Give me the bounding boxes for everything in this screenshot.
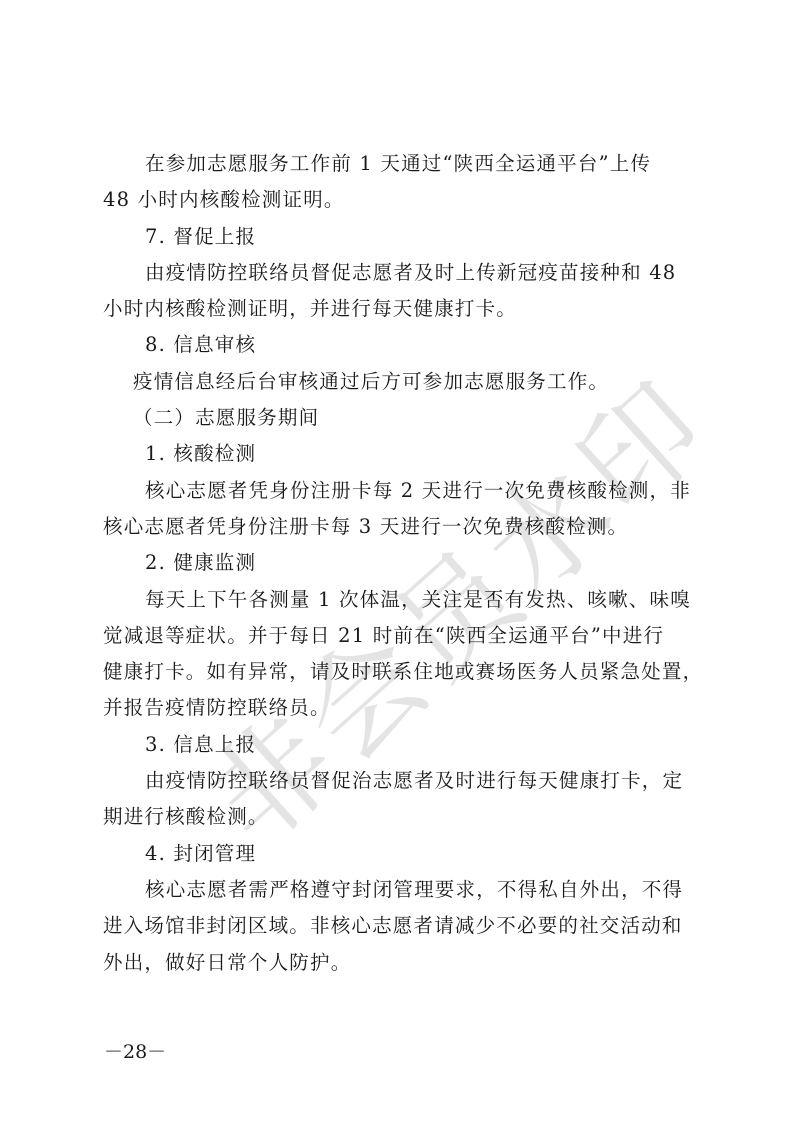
- section-heading: 4. 封闭管理: [103, 836, 691, 872]
- page-number: －28－: [104, 1040, 166, 1064]
- chapter-heading: （二）志愿服务期间: [103, 400, 691, 436]
- paragraph-line: 每天上下午各测量 1 次体温，关注是否有发热、咳嗽、味嗅: [103, 582, 691, 618]
- section-heading: 3. 信息上报: [103, 727, 691, 763]
- paragraph-line: 小时内核酸检测证明，并进行每天健康打卡。: [103, 291, 691, 327]
- section-heading: 8. 信息审核: [103, 327, 691, 363]
- paragraph-line: 并报告疫情防控联络员。: [103, 690, 691, 726]
- paragraph-line: 48 小时内核酸检测证明。: [103, 182, 691, 218]
- paragraph-line: 外出，做好日常个人防护。: [103, 945, 691, 981]
- paragraph-line: 健康打卡。如有异常，请及时联系住地或赛场医务人员紧急处置，: [103, 654, 691, 690]
- body-text: 在参加志愿服务工作前 1 天通过“陕西全运通平台”上传 48 小时内核酸检测证明…: [103, 146, 691, 981]
- section-heading: 2. 健康监测: [103, 545, 691, 581]
- paragraph-line: 核心志愿者需严格遵守封闭管理要求，不得私自外出，不得: [103, 872, 691, 908]
- paragraph-line: 期进行核酸检测。: [103, 799, 691, 835]
- paragraph-line: 由疫情防控联络员督促志愿者及时上传新冠疫苗接种和 48: [103, 255, 691, 291]
- document-page: 非会员水印 在参加志愿服务工作前 1 天通过“陕西全运通平台”上传 48 小时内…: [0, 0, 793, 1122]
- paragraph-line: 觉减退等症状。并于每日 21 时前在“陕西全运通平台”中进行: [103, 618, 691, 654]
- paragraph-line: 在参加志愿服务工作前 1 天通过“陕西全运通平台”上传: [103, 146, 691, 182]
- paragraph-line: 进入场馆非封闭区域。非核心志愿者请减少不必要的社交活动和: [103, 908, 691, 944]
- section-heading: 1. 核酸检测: [103, 436, 691, 472]
- paragraph-line: 核心志愿者凭身份注册卡每 3 天进行一次免费核酸检测。: [103, 509, 691, 545]
- section-heading: 7. 督促上报: [103, 219, 691, 255]
- paragraph-line: 核心志愿者凭身份注册卡每 2 天进行一次免费核酸检测，非: [103, 473, 691, 509]
- paragraph-line: 疫情信息经后台审核通过后方可参加志愿服务工作。: [103, 364, 691, 400]
- paragraph-line: 由疫情防控联络员督促治志愿者及时进行每天健康打卡，定: [103, 763, 691, 799]
